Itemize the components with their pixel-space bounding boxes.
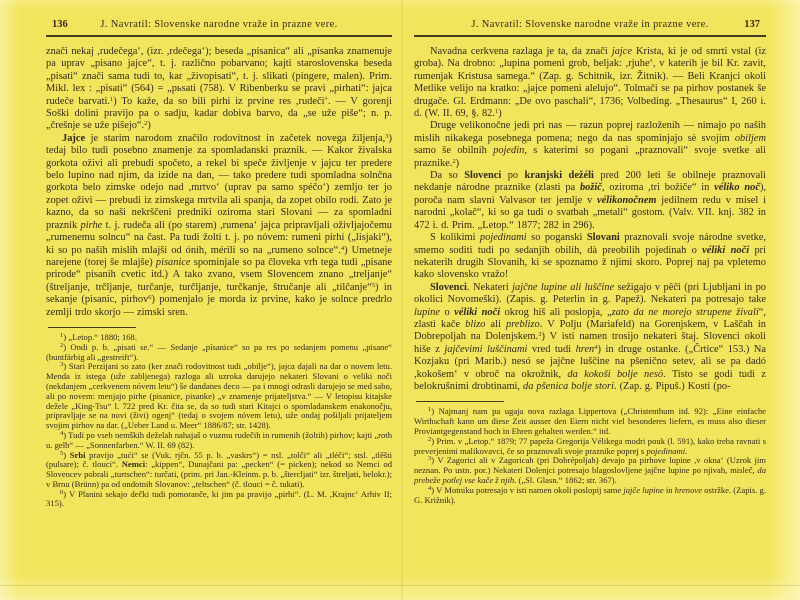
running-title-right: J. Navratil: Slovenske narodne vraže in … bbox=[471, 19, 708, 30]
page-right: J. Navratil: Slovenske narodne vraže in … bbox=[414, 18, 766, 505]
paragraph: Jajce je starim narodom značilo rodovitn… bbox=[46, 133, 392, 319]
footnote: 2) Prim. v „Letop.“ 1879; 77 papeža Greg… bbox=[414, 437, 766, 457]
paragraph: S kolikimi pojedinami so poganski Slovan… bbox=[414, 232, 766, 282]
running-head-right: J. Navratil: Slovenske narodne vraže in … bbox=[414, 18, 766, 37]
footnote: 4) Tudi po vseh nemških deželah nahajaš … bbox=[46, 431, 392, 451]
footnotes-right: 1) Najmanj nam pa ugaja nova razlaga Lip… bbox=[414, 407, 766, 505]
paragraph: Druge velikonočne jedi pri nas — razun p… bbox=[414, 120, 766, 170]
paragraph: Da so Slovenci po kranjski dežéli pred 2… bbox=[414, 170, 766, 232]
page-left: 136 J. Navratil: Slovenske narodne vraže… bbox=[46, 18, 392, 509]
footnote-rule-right bbox=[416, 401, 504, 402]
page-number-right: 137 bbox=[744, 18, 760, 32]
paragraph: Navadna cerkvena razlaga je ta, da znači… bbox=[414, 46, 766, 120]
footnote: 3) Stari Perzijani so zato (ker znači ro… bbox=[46, 362, 392, 431]
footnote: 4) V Motniku potresajo v isti namen okol… bbox=[414, 486, 766, 506]
footnotes-left: 1) „Letop.“ 1880; 168.2) Ondi p. b. „pis… bbox=[46, 333, 392, 509]
footnote: 5) Srbi pravijo „tući“ se (Vuk. rjčn. 55… bbox=[46, 451, 392, 490]
running-title-left: J. Navratil: Slovenske narodne vraže in … bbox=[100, 19, 337, 30]
book-scan: 136 J. Navratil: Slovenske narodne vraže… bbox=[0, 0, 800, 600]
footnote: 3) V Zagorici ali v Zagoricah (pri Dobré… bbox=[414, 456, 766, 485]
page-gutter bbox=[401, 0, 403, 600]
footnote-rule-left bbox=[48, 327, 136, 328]
body-text-right: Navadna cerkvena razlaga je ta, da znači… bbox=[414, 46, 766, 393]
body-text-left: znači nekaj ,rudečega‘, (izr. ,rdečega‘)… bbox=[46, 46, 392, 319]
running-head-left: 136 J. Navratil: Slovenske narodne vraže… bbox=[46, 18, 392, 37]
footnote: 6) V Planini sekajo dečki tudi pomoranče… bbox=[46, 490, 392, 510]
page-bottom-edge bbox=[0, 585, 800, 586]
paragraph: znači nekaj ,rudečega‘, (izr. ,rdečega‘)… bbox=[46, 46, 392, 133]
paragraph: Slovenci. Nekateri jajčne lupine ali luš… bbox=[414, 282, 766, 394]
footnote: 2) Ondi p. b. „pisati se.“ — Sedanje „pí… bbox=[46, 343, 392, 363]
footnote: 1) Najmanj nam pa ugaja nova razlaga Lip… bbox=[414, 407, 766, 436]
page-number-left: 136 bbox=[52, 18, 68, 32]
